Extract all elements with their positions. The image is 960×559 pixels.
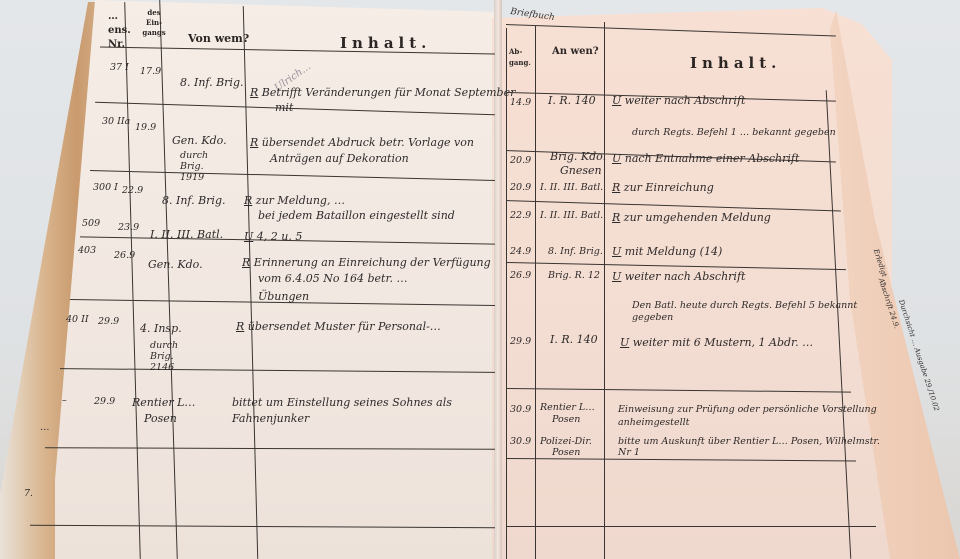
header-date-sent: Ab-gang. — [509, 46, 533, 68]
header-from-whom: Von wem? — [188, 32, 249, 45]
header-content-left: Inhalt. — [340, 34, 431, 52]
book-gutter — [494, 0, 502, 559]
margin-mark: … — [40, 422, 50, 433]
header-number: …ens. Nr. — [108, 10, 138, 52]
header-to-whom: An wen? — [552, 46, 599, 57]
margin-mark: 7. — [24, 488, 33, 499]
header-content-right: Inhalt. — [690, 54, 781, 72]
header-date-received: des Ein-gangs — [140, 8, 168, 38]
